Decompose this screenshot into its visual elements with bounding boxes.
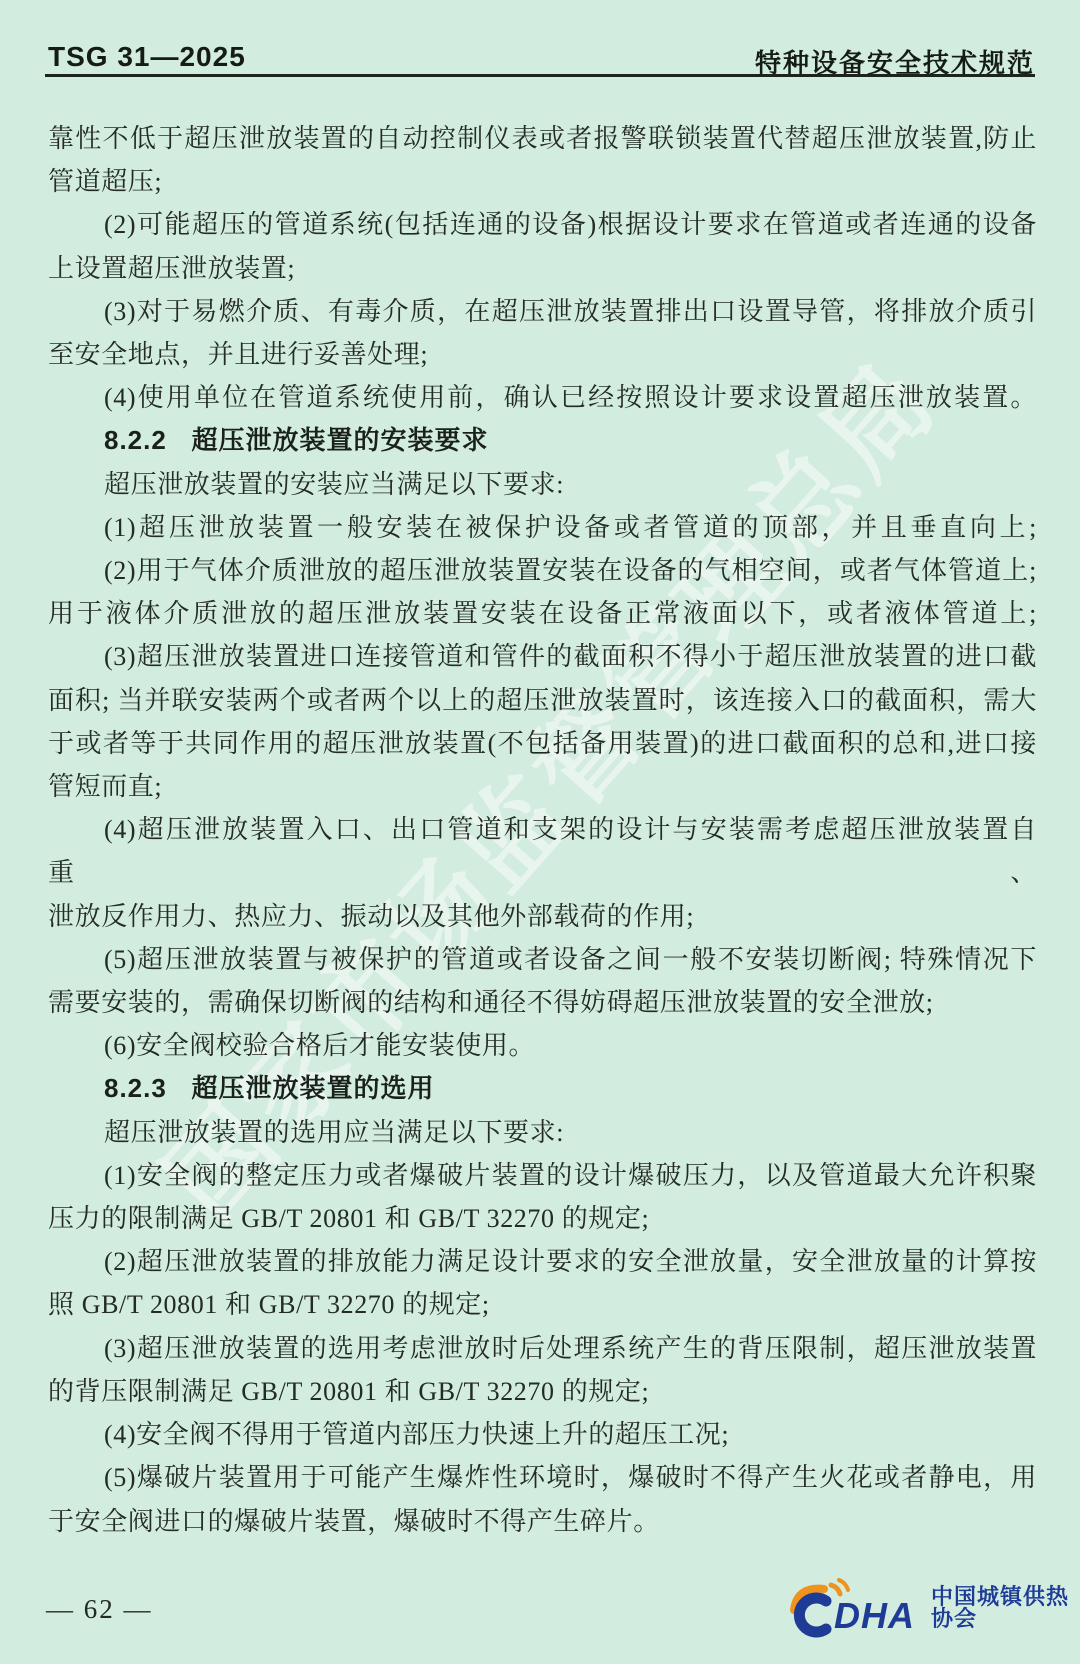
text-line: (2)用于气体介质泄放的超压泄放装置安装在设备的气相空间，或者气体管道上; [48, 549, 1037, 592]
text-line: 管道超压; [48, 160, 1037, 203]
text-line: (5)超压泄放装置与被保护的管道或者设备之间一般不安装切断阀; 特殊情况下 [48, 938, 1037, 981]
text-line: (3)超压泄放装置进口连接管道和管件的截面积不得小于超压泄放装置的进口截 [48, 635, 1037, 678]
text-line: (4)安全阀不得用于管道内部压力快速上升的超压工况; [48, 1413, 1037, 1456]
header-doc-code: TSG 31—2025 [48, 41, 246, 73]
section-heading: 8.2.3 超压泄放装置的选用 [48, 1067, 1037, 1110]
text-line: (2)可能超压的管道系统(包括连通的设备)根据设计要求在管道或者连通的设备 [48, 203, 1037, 246]
text-line: (1)安全阀的整定压力或者爆破片装置的设计爆破压力，以及管道最大允许积聚 [48, 1154, 1037, 1197]
document-page: TSG 31—2025 特种设备安全技术规范 国家市场监督管理总局 靠性不低于超… [0, 0, 1080, 1664]
text-line: 靠性不低于超压泄放装置的自动控制仪表或者报警联锁装置代替超压泄放装置,防止 [48, 117, 1037, 160]
text-line: 压力的限制满足 GB/T 20801 和 GB/T 32270 的规定; [48, 1197, 1037, 1240]
section-heading: 8.2.2 超压泄放装置的安装要求 [48, 419, 1037, 462]
body-text: 靠性不低于超压泄放装置的自动控制仪表或者报警联锁装置代替超压泄放装置,防止管道超… [48, 117, 1037, 1543]
text-line: (4)使用单位在管道系统使用前，确认已经按照设计要求设置超压泄放装置。 [48, 376, 1037, 419]
text-line: 上设置超压泄放装置; [48, 247, 1037, 290]
header-rule [45, 74, 1035, 77]
text-line: 面积; 当并联安装两个或者两个以上的超压泄放装置时，该连接入口的截面积，需大 [48, 679, 1037, 722]
logo-abbr-text: DHA [834, 1598, 915, 1640]
text-line: 管短而直; [48, 765, 1037, 808]
text-line: (5)爆破片装置用于可能产生爆炸性环境时，爆破时不得产生火花或者静电，用 [48, 1456, 1037, 1499]
text-line: (1)超压泄放装置一般安装在被保护设备或者管道的顶部，并且垂直向上; [48, 506, 1037, 549]
text-line: 超压泄放装置的选用应当满足以下要求: [48, 1111, 1037, 1154]
association-logo: DHA 中国城镇供热协会 [784, 1578, 1080, 1640]
text-line: 于或者等于共同作用的超压泄放装置(不包括备用装置)的进口截面积的总和,进口接 [48, 722, 1037, 765]
logo-org-name: 中国城镇供热协会 [931, 1586, 1080, 1640]
text-line: 于安全阀进口的爆破片装置，爆破时不得产生碎片。 [48, 1500, 1037, 1543]
text-line: 用于液体介质泄放的超压泄放装置安装在设备正常液面以下，或者液体管道上; [48, 592, 1037, 635]
text-line: 需要安装的，需确保切断阀的结构和通径不得妨碍超压泄放装置的安全泄放; [48, 981, 1037, 1024]
text-line: 至安全地点，并且进行妥善处理; [48, 333, 1037, 376]
text-line: (4)超压泄放装置入口、出口管道和支架的设计与安装需考虑超压泄放装置自重、 [48, 808, 1037, 894]
text-line: 照 GB/T 20801 和 GB/T 32270 的规定; [48, 1283, 1037, 1326]
text-line: 泄放反作用力、热应力、振动以及其他外部载荷的作用; [48, 895, 1037, 938]
text-line: 的背压限制满足 GB/T 20801 和 GB/T 32270 的规定; [48, 1370, 1037, 1413]
text-line: 超压泄放装置的安装应当满足以下要求: [48, 463, 1037, 506]
text-line: (3)对于易燃介质、有毒介质，在超压泄放装置排出口设置导管，将排放介质引 [48, 290, 1037, 333]
text-line: (6)安全阀校验合格后才能安装使用。 [48, 1024, 1037, 1067]
text-line: (2)超压泄放装置的排放能力满足设计要求的安全泄放量，安全泄放量的计算按 [48, 1240, 1037, 1283]
page-number: — 62 — [46, 1594, 153, 1625]
text-line: (3)超压泄放装置的选用考虑泄放时后处理系统产生的背压限制，超压泄放装置 [48, 1327, 1037, 1370]
